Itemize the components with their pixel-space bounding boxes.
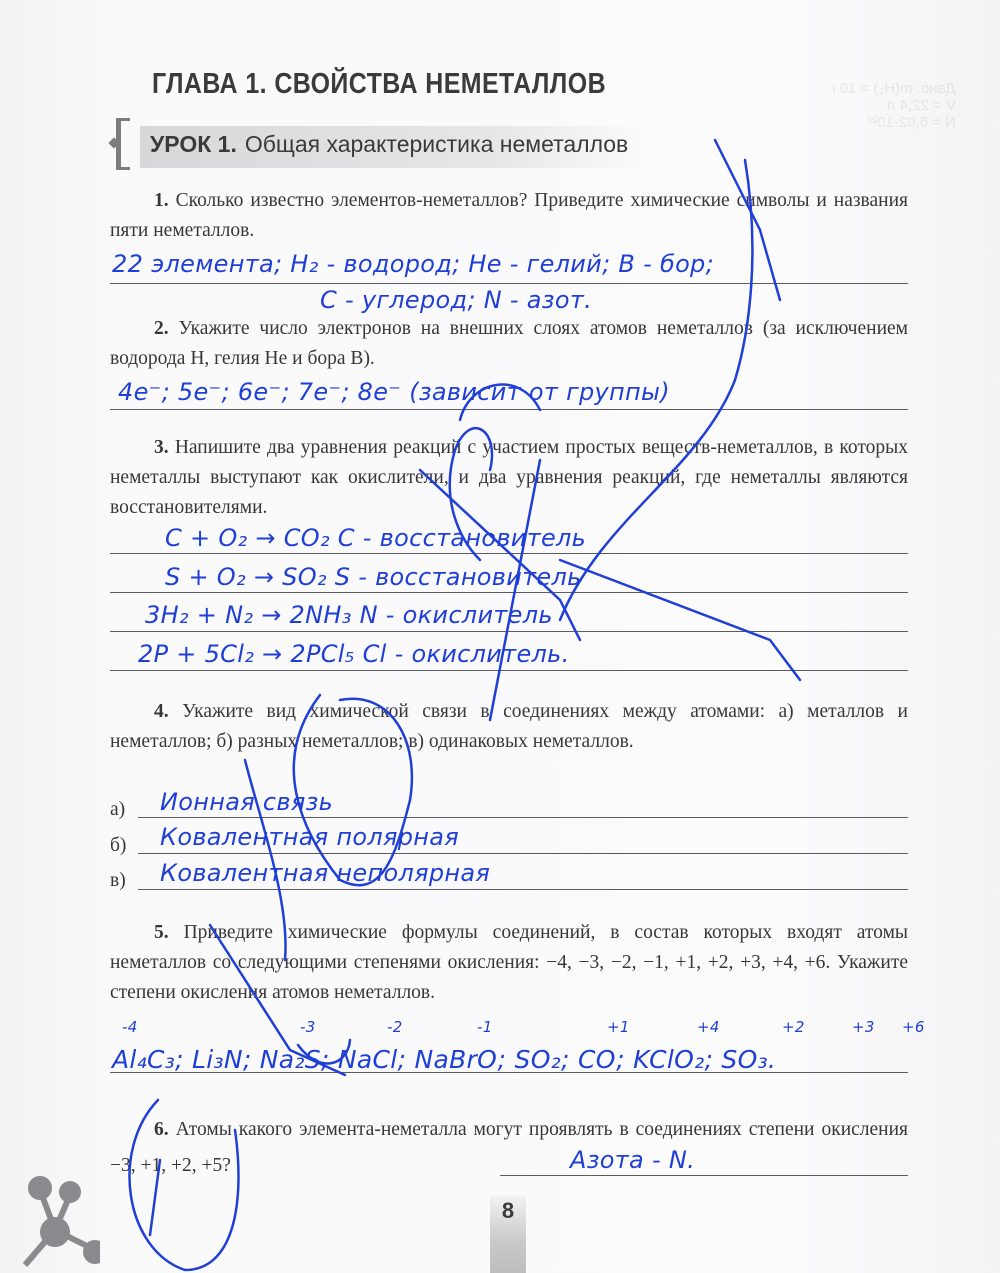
question-number: 3.	[154, 437, 169, 458]
answer-line	[110, 631, 908, 632]
molecule-icon	[10, 1160, 100, 1273]
question-2: 2. Укажите число электронов на внешних с…	[110, 314, 908, 374]
question-3: 3. Напишите два уравнения реакций с учас…	[110, 433, 908, 523]
handwritten-answer: C - углерод; N - азот.	[320, 286, 592, 314]
lesson-name: Общая характеристика неметаллов	[245, 131, 628, 157]
answer-line	[138, 817, 908, 818]
handwritten-answer: C + O₂ → CO₂ C - восстановитель	[165, 524, 586, 552]
oxidation-mark: +1	[607, 1018, 630, 1036]
question-number: 1.	[154, 190, 169, 211]
oxidation-mark: -3	[300, 1018, 316, 1036]
sub-label-b: б)	[110, 835, 126, 857]
question-text: Укажите число электронов на внешних слоя…	[110, 318, 908, 369]
oxidation-mark: -1	[477, 1018, 493, 1036]
handwritten-answer: Ковалентная полярная	[160, 823, 459, 851]
answer-line	[110, 1072, 908, 1073]
question-text: Приведите химические формулы соединений,…	[110, 922, 908, 1003]
oxidation-mark: +6	[902, 1018, 925, 1036]
page-number: 8	[490, 1198, 526, 1224]
question-text: Укажите вид химической связи в соединени…	[110, 701, 908, 752]
question-number: 5.	[154, 922, 169, 943]
question-1: 1. Сколько известно элементов-неметаллов…	[110, 186, 908, 246]
answer-line	[500, 1175, 908, 1176]
question-5: 5. Приведите химические формулы соединен…	[110, 918, 908, 1008]
oxidation-mark: -4	[122, 1018, 138, 1036]
bleed-through-text: Дано: m(H₂) = 10 гV = 22,4 лN = 6,02·10²…	[830, 80, 956, 131]
handwritten-answer: 3H₂ + N₂ → 2NH₃ N - окислитель	[145, 601, 553, 629]
chapter-title: ГЛАВА 1. СВОЙСТВА НЕМЕТАЛЛОВ	[152, 68, 606, 101]
question-text: Атомы какого элемента-неметалла могут пр…	[110, 1119, 908, 1176]
handwritten-answer: Al₄C₃; Li₃N; Na₂S; NaCl; NaBrO; SO₂; CO;…	[112, 1045, 776, 1074]
handwritten-answer: 4e⁻; 5e⁻; 6e⁻; 7e⁻; 8e⁻ (зависит от груп…	[118, 378, 670, 406]
lesson-bracket-icon	[116, 118, 130, 170]
answer-line	[110, 670, 908, 671]
handwritten-answer: S + O₂ → SO₂ S - восстановитель	[165, 563, 582, 591]
handwritten-answer: Ионная связь	[160, 788, 333, 816]
handwritten-answer: 22 элемента; H₂ - водород; He - гелий; B…	[112, 250, 714, 278]
answer-line	[110, 409, 908, 410]
handwritten-answer: 2P + 5Cl₂ → 2PCl₅ Cl - окислитель.	[138, 640, 570, 668]
oxidation-mark: +4	[697, 1018, 720, 1036]
sub-label-v: в)	[110, 870, 126, 892]
oxidation-mark: +3	[852, 1018, 875, 1036]
question-number: 2.	[154, 318, 169, 339]
lesson-label: УРОК 1.	[150, 131, 237, 157]
lesson-title: УРОК 1.Общая характеристика неметаллов	[150, 131, 628, 158]
oxidation-mark: -2	[387, 1018, 403, 1036]
answer-line	[138, 853, 908, 854]
question-text: Сколько известно элементов-неметаллов? П…	[110, 190, 908, 241]
sub-label-a: а)	[110, 799, 125, 821]
question-text: Напишите два уравнения реакций с участие…	[110, 437, 908, 518]
answer-line	[110, 592, 908, 593]
question-4: 4. Укажите вид химической связи в соедин…	[110, 697, 908, 757]
answer-line	[138, 889, 908, 890]
question-6: 6. Атомы какого элемента-неметалла могут…	[110, 1112, 908, 1184]
question-number: 6.	[154, 1119, 169, 1140]
oxidation-mark: +2	[782, 1018, 805, 1036]
handwritten-answer: Ковалентная неполярная	[160, 859, 490, 887]
answer-line	[110, 283, 908, 284]
handwritten-answer: Азота - N.	[570, 1146, 695, 1174]
answer-line	[110, 553, 908, 554]
question-number: 4.	[154, 701, 169, 722]
